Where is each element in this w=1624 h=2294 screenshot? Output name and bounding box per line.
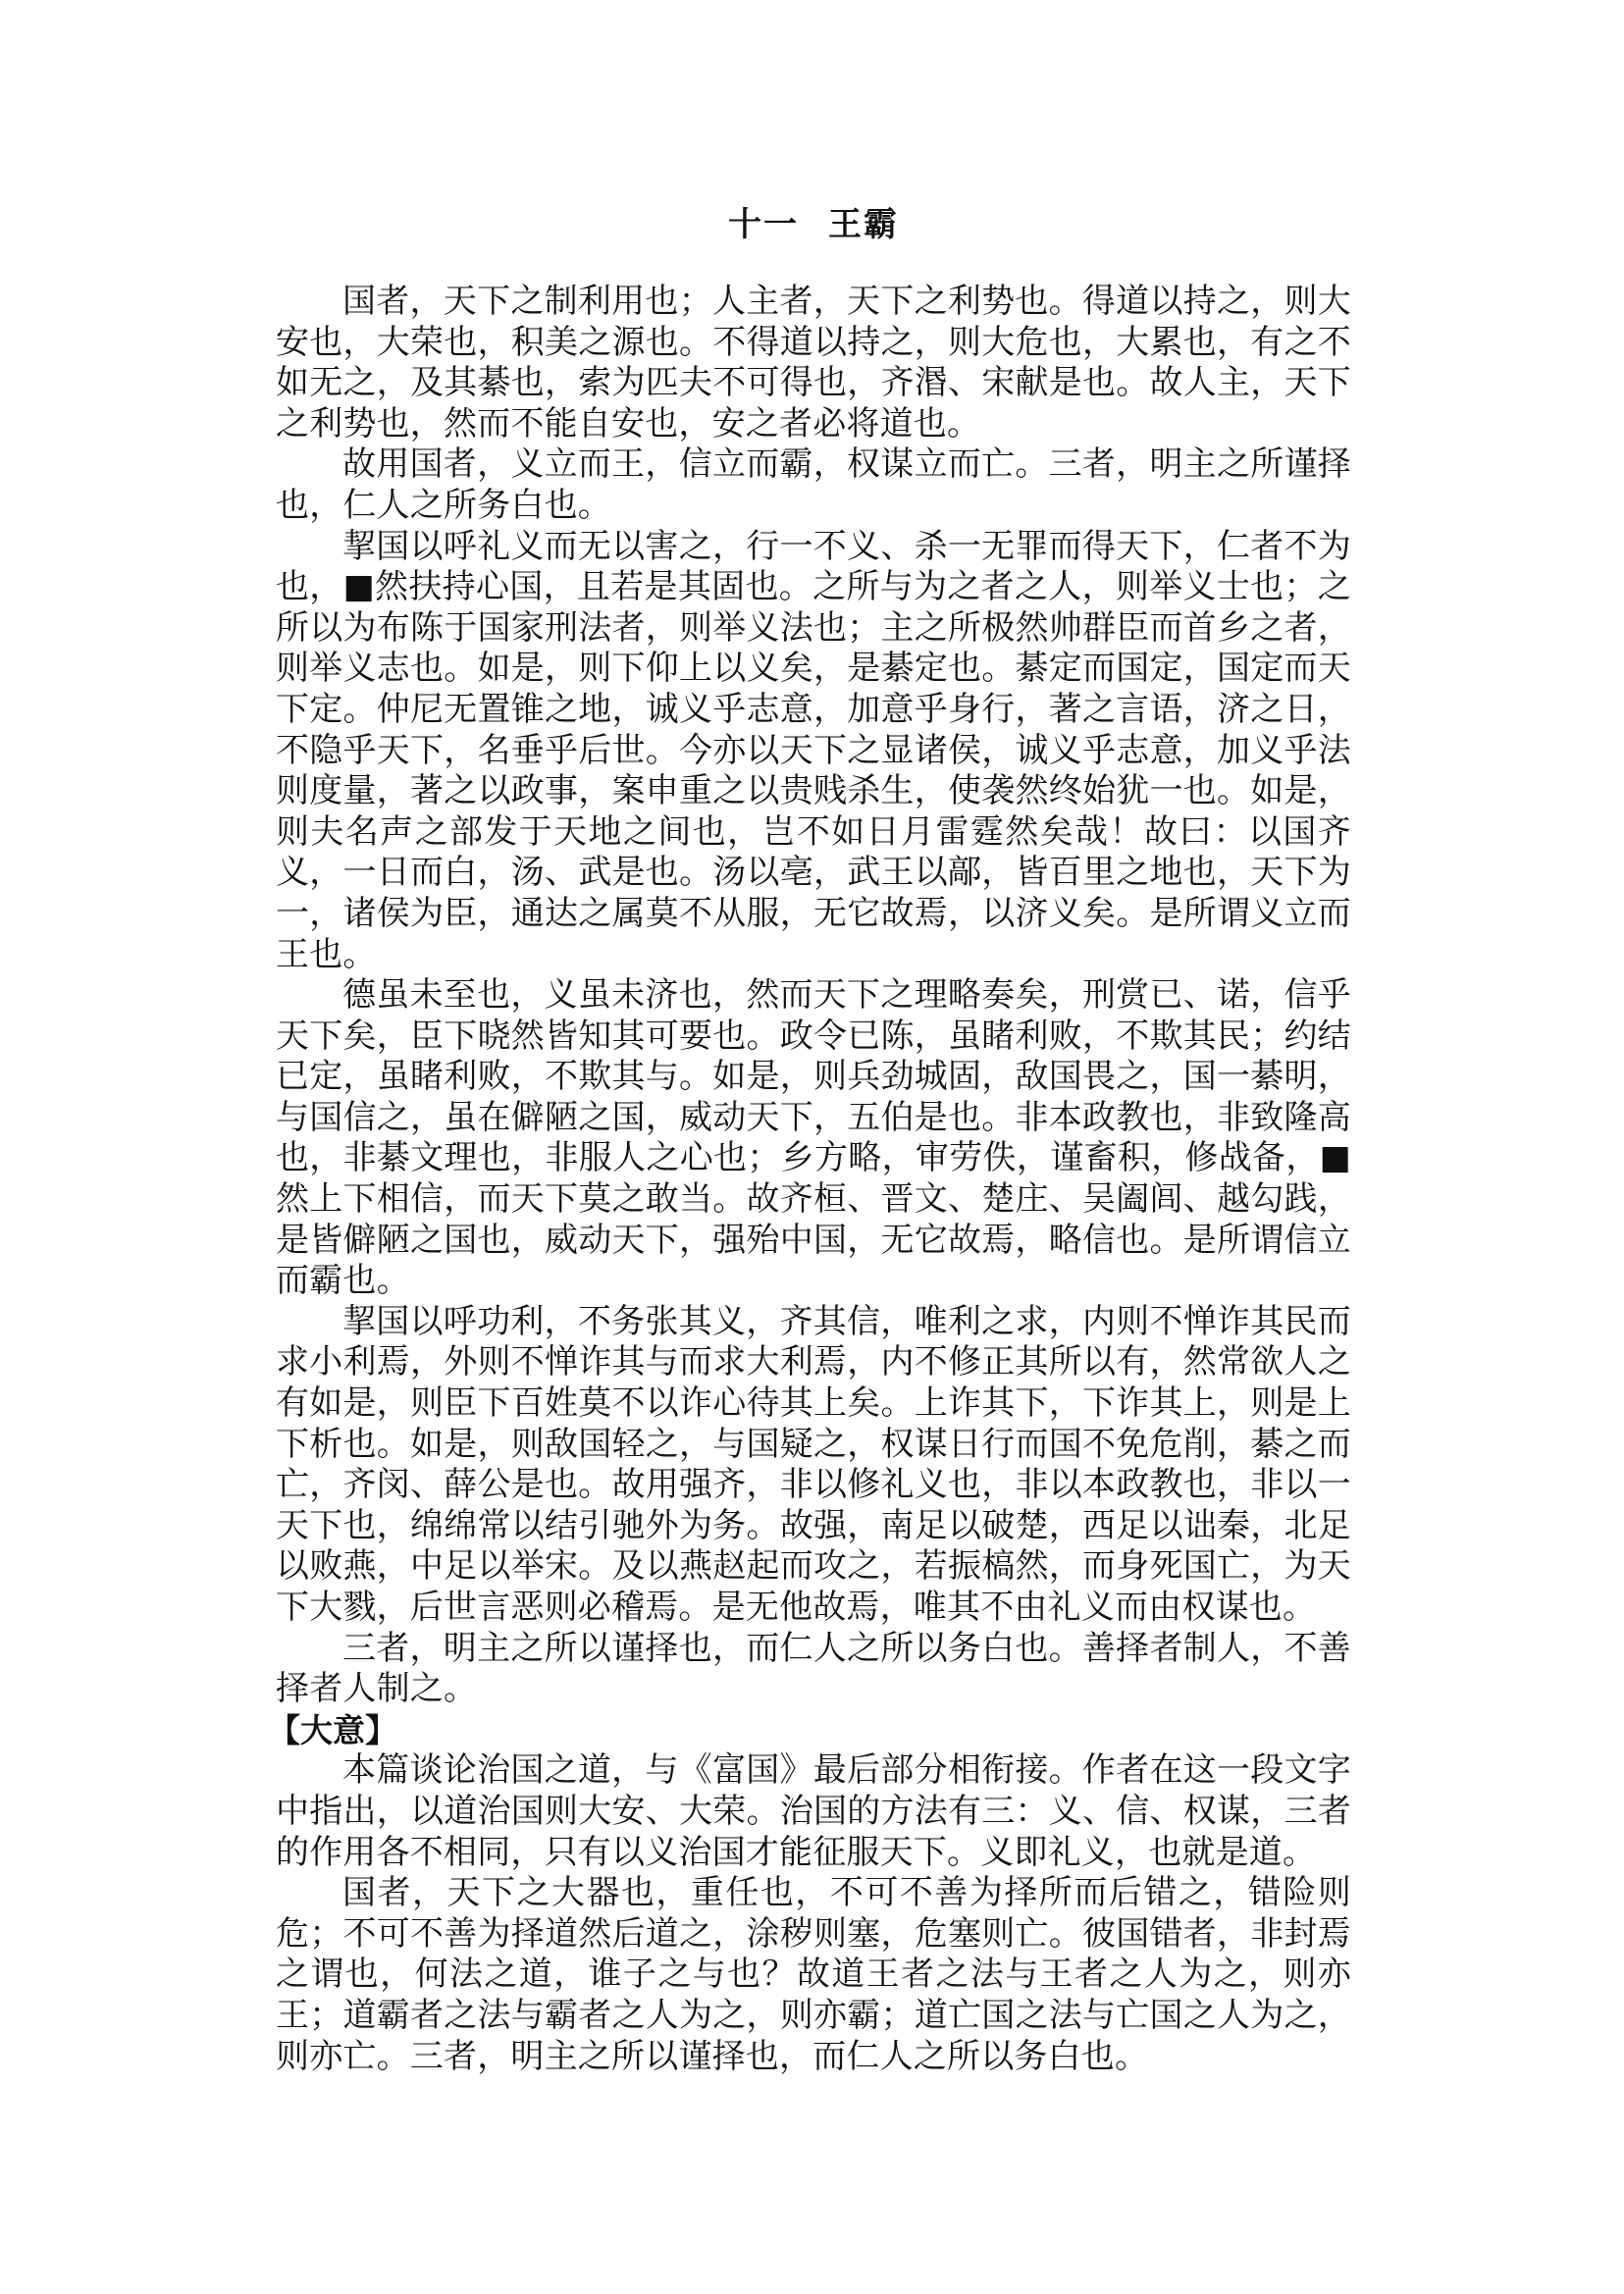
body-paragraph-4: 德虽未至也，义虽未济也，然而天下之理略奏矣，刑赏已、诺，信乎天下矣，臣下晓然皆知…	[276, 975, 1351, 1302]
chapter-title: 十一王霸	[276, 201, 1351, 248]
body-paragraph-1: 国者，天下之制利用也；人主者，天下之利势也。得道以持之，则大安也，大荣也，积美之…	[276, 282, 1351, 444]
document-body: 国者，天下之制利用也；人主者，天下之利势也。得道以持之，则大安也，大荣也，积美之…	[276, 282, 1351, 2077]
chapter-name: 王霸	[828, 205, 899, 244]
body-paragraph-5: 挈国以呼功利，不务张其义，齐其信，唯利之求，内则不惮诈其民而求小利焉，外则不惮诈…	[276, 1302, 1351, 1629]
chapter-number: 十一	[728, 205, 799, 244]
summary-paragraph-1: 本篇谈论治国之道，与《富国》最后部分相衔接。作者在这一段文字中指出，以道治国则大…	[276, 1750, 1351, 1873]
summary-paragraph-2: 国者，天下之大器也，重任也，不可不善为择所而后错之，错险则危；不可不善为择道然后…	[276, 1873, 1351, 2077]
body-paragraph-2: 故用国者，义立而王，信立而霸，权谋立而亡。三者，明主之所谨择也，仁人之所务白也。	[276, 444, 1351, 526]
body-paragraph-6: 三者，明主之所以谨择也，而仁人之所以务白也。善择者制人，不善择者人制之。	[276, 1629, 1351, 1710]
body-paragraph-3: 挈国以呼礼义而无以害之，行一不义、杀一无罪而得天下，仁者不为也，■然扶持心国，且…	[276, 527, 1351, 976]
summary-heading: 【大意】	[268, 1710, 1351, 1751]
